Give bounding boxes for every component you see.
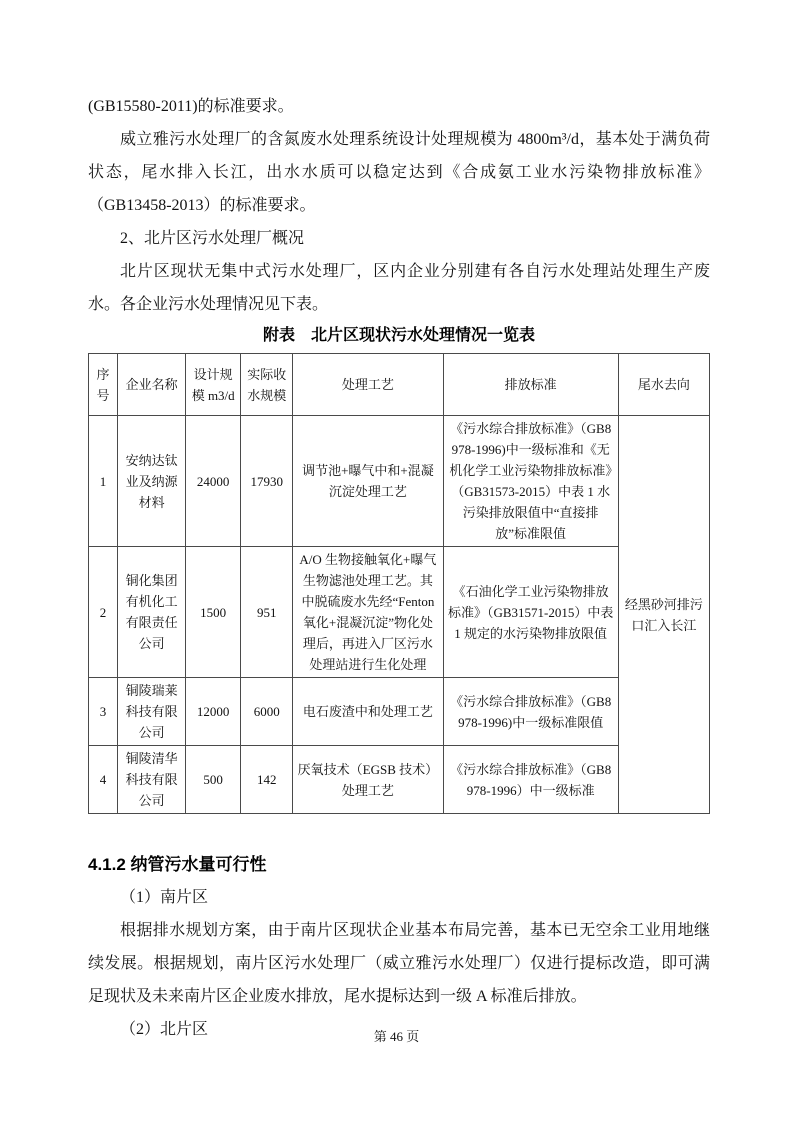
column-header-company: 企业名称 — [118, 354, 186, 416]
cell-process: 调节池+曝气中和+混凝沉淀处理工艺 — [293, 416, 443, 547]
column-header-discharge-standard: 排放标准 — [443, 354, 618, 416]
cell-process: 厌氧技术（EGSB 技术）处理工艺 — [293, 746, 443, 814]
cell-design: 24000 — [186, 416, 241, 547]
paragraph-north-intro: 北片区现状无集中式污水处理厂，区内企业分别建有各自污水处理站处理生产废水。各企业… — [88, 255, 710, 321]
heading-north-plant-overview: 2、北片区污水处理厂概况 — [88, 222, 710, 255]
cell-company: 铜陵瑞莱科技有限公司 — [118, 678, 186, 746]
document-page: (GB15580-2011)的标准要求。 威立雅污水处理厂的含氮废水处理系统设计… — [0, 0, 793, 1122]
table-row: 4 铜陵清华科技有限公司 500 142 厌氧技术（EGSB 技术）处理工艺 《… — [89, 746, 710, 814]
cell-design: 500 — [186, 746, 241, 814]
column-header-process: 处理工艺 — [293, 354, 443, 416]
column-header-design-scale: 设计规模 m3/d — [186, 354, 241, 416]
table-header-row: 序号 企业名称 设计规模 m3/d 实际收水规模 处理工艺 排放标准 尾水去向 — [89, 354, 710, 416]
cell-seq: 4 — [89, 746, 118, 814]
cell-standard: 《污水综合排放标准》（GB8978-1996)中一级标准和《无机化学工业污染物排… — [443, 416, 618, 547]
cell-standard: 《石油化学工业污染物排放标准》（GB31571-2015）中表 1 规定的水污染… — [443, 547, 618, 678]
paragraph-weiliya-plant: 威立雅污水处理厂的含氮废水处理系统设计处理规模为 4800m³/d，基本处于满负… — [88, 123, 710, 222]
cell-actual: 17930 — [241, 416, 293, 547]
cell-tailwater-merged: 经黑砂河排污口汇入长江 — [618, 416, 709, 814]
cell-process: 电石废渣中和处理工艺 — [293, 678, 443, 746]
column-header-actual-intake: 实际收水规模 — [241, 354, 293, 416]
page-number: 第 46 页 — [0, 1026, 793, 1045]
cell-company: 铜陵清华科技有限公司 — [118, 746, 186, 814]
table-row: 2 铜化集团有机化工有限责任公司 1500 951 A/O 生物接触氧化+曝气生… — [89, 547, 710, 678]
column-header-seq: 序号 — [89, 354, 118, 416]
table-caption: 附表 北片区现状污水处理情况一览表 — [88, 323, 710, 349]
cell-seq: 2 — [89, 547, 118, 678]
subheading-south-area: （1）南片区 — [88, 881, 710, 914]
section-heading-412: 4.1.2 纳管污水量可行性 — [88, 848, 710, 881]
table-row: 1 安纳达钛业及纳源材料 24000 17930 调节池+曝气中和+混凝沉淀处理… — [89, 416, 710, 547]
cell-company: 铜化集团有机化工有限责任公司 — [118, 547, 186, 678]
paragraph-south-plan: 根据排水规划方案，由于南片区现状企业基本布局完善，基本已无空余工业用地继续发展。… — [88, 914, 710, 1013]
column-header-tailwater: 尾水去向 — [618, 354, 709, 416]
cell-design: 1500 — [186, 547, 241, 678]
paragraph-continuation: (GB15580-2011)的标准要求。 — [88, 90, 710, 123]
cell-seq: 1 — [89, 416, 118, 547]
cell-standard: 《污水综合排放标准》（GB8978-1996)中一级标准限值 — [443, 678, 618, 746]
cell-standard: 《污水综合排放标准》（GB8978-1996）中一级标准 — [443, 746, 618, 814]
table-row: 3 铜陵瑞莱科技有限公司 12000 6000 电石废渣中和处理工艺 《污水综合… — [89, 678, 710, 746]
wastewater-treatment-table: 序号 企业名称 设计规模 m3/d 实际收水规模 处理工艺 排放标准 尾水去向 … — [88, 353, 710, 814]
cell-actual: 6000 — [241, 678, 293, 746]
cell-process: A/O 生物接触氧化+曝气生物滤池处理工艺。其中脱硫废水先经“Fenton 氧化… — [293, 547, 443, 678]
cell-actual: 142 — [241, 746, 293, 814]
cell-company: 安纳达钛业及纳源材料 — [118, 416, 186, 547]
cell-actual: 951 — [241, 547, 293, 678]
cell-design: 12000 — [186, 678, 241, 746]
cell-seq: 3 — [89, 678, 118, 746]
